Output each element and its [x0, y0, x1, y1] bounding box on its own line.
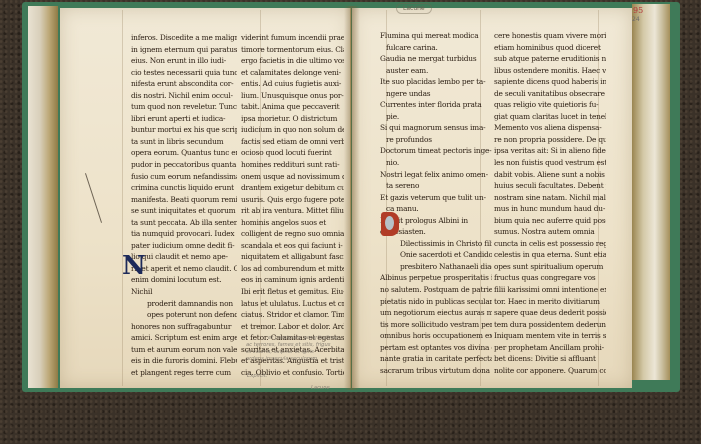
- text-line: viderint fumum incendii prae: [241, 32, 344, 44]
- text-line: crimina cunctis liquido erunt: [131, 182, 237, 194]
- text-line: entis. Ad cuius fugietis auxi-: [241, 78, 344, 90]
- right-page-edges: [632, 4, 670, 380]
- lacune-note: Lacune: [396, 3, 432, 14]
- text-line: pudor in peccatoribus quanta con-: [131, 159, 237, 171]
- pencil-note-2: ac terrores, fames et sitis, frigus: [246, 342, 330, 349]
- text-line: nante gratia in caritate perfecta: [380, 353, 492, 365]
- text-line: iudicium in quo non solum de: [241, 124, 344, 136]
- text-line: Si qui magnorum sensus ima-: [380, 122, 492, 134]
- text-line: rit ab ira ventura. Mittet filius: [241, 205, 344, 217]
- text-line: ta sunt in libris secundum: [131, 136, 237, 148]
- text-line: ergo facietis in die ultimo vos: [241, 55, 344, 67]
- text-line: tia numquid provocari. Iudex: [131, 228, 237, 240]
- text-line: tem dura possidentem dederunt: [494, 319, 606, 331]
- text-line: drantem exigetur debitum cum: [241, 182, 344, 194]
- text-line: eos in caminum ignis ardentis.: [241, 274, 344, 286]
- text-line: bium quia nec auferre quid pos-: [494, 215, 606, 227]
- text-line: honores non suffragabuntur: [131, 321, 237, 333]
- text-line: auster eam.: [380, 65, 492, 77]
- text-line: giat quam claritas lucet in tenebris: [494, 111, 606, 123]
- text-line: cio testes necessarii quia tunc ma-: [131, 67, 237, 79]
- right-page-column-1: Flumina qui mereat modicafulcare carina.…: [380, 30, 492, 376]
- text-line: opes poterunt non defendent: [131, 309, 237, 321]
- text-line: opes sunt spiritualium operum: [494, 261, 606, 273]
- text-line: re non propria possidere. De quibus: [494, 134, 606, 146]
- text-line: Nichil: [131, 286, 237, 298]
- text-line: ta sunt peccata. Ab illa senten-: [131, 217, 237, 229]
- text-line: ipsa morietur. O districtum: [241, 113, 344, 125]
- text-line: ocioso quod locuti fuerint: [241, 147, 344, 159]
- text-line: nio.: [380, 157, 492, 169]
- text-line: et calamitates delonge veni-: [241, 67, 344, 79]
- text-line: fructus quas congregare vos: [494, 272, 606, 284]
- text-line: nifesta erunt abscondita cor-: [131, 78, 237, 90]
- blue-initial-n: N: [122, 254, 140, 278]
- text-line: tabit. Anima que peccaverit: [241, 101, 344, 113]
- book-gutter: [344, 6, 360, 390]
- text-line: sub atque paterne eruditionis nobi-: [494, 53, 606, 65]
- text-line: lio qui claudit et nemo ape-: [131, 251, 237, 263]
- text-line: rit et aperit et nemo claudit. Os: [131, 263, 237, 275]
- text-line: et plangent reges terre cum: [131, 367, 237, 379]
- text-line: no salutem. Postquam de patrie: [380, 284, 492, 296]
- text-line: niquitatem et alligabunt fascicu-: [241, 251, 344, 263]
- text-line: Gaudia ne mergat turbidus: [380, 53, 492, 65]
- text-line: proderit damnandis non: [131, 298, 237, 310]
- text-line: nostram sine natam. Nichil mali: [494, 192, 606, 204]
- left-page-column-2: viderint fumum incendii praetimore torme…: [241, 32, 344, 378]
- text-line: quas religio vite quietioris fu-: [494, 99, 606, 111]
- text-line: libri erunt aperti et iudica-: [131, 113, 237, 125]
- text-line: libus ostendere monitis. Haec velim: [494, 65, 606, 77]
- right-page-column-2: cere honestis quam vivere moribusetiam h…: [494, 30, 606, 376]
- text-line: per prophetam Ancillam prohi-: [494, 342, 606, 354]
- text-line: usuris. Quis ergo fugere pote-: [241, 194, 344, 206]
- text-line: Flumina qui mereat modica: [380, 30, 492, 42]
- text-line: manifesta. Beati quorum remis-: [131, 194, 237, 206]
- text-line: buntur mortui ex his que scrip-: [131, 124, 237, 136]
- text-line: latus et ululatus. Luctus et cru-: [241, 298, 344, 310]
- text-line: sapere quae deus dederit possiden-: [494, 307, 606, 319]
- left-page-column-1: inferos. Discedite a me maligniin ignem …: [131, 32, 237, 378]
- text-line: Et gazis veterum que tulit un-: [380, 192, 492, 204]
- text-line: Ibi erit fletus et gemitus. Eiu-: [241, 286, 344, 298]
- text-line: Nostri legat felix animo omen-: [380, 169, 492, 181]
- text-line: fulcare carina.: [380, 42, 492, 54]
- text-line: presbitero Nathanaeli diacono: [380, 261, 492, 273]
- text-line: eis in die furoris domini. Flebunt: [131, 355, 237, 367]
- text-line: inferos. Discedite a me maligni: [131, 32, 237, 44]
- text-line: sacrarum tribus virtutum dona prae-: [380, 365, 492, 377]
- text-line: timore tormentorum eius. Clamabunt: [241, 44, 344, 56]
- text-line: dabit vobis. Aliene sunt a nobis: [494, 169, 606, 181]
- decorated-initial-d: [381, 212, 399, 236]
- text-line: sumus. Nostra autem omnia: [494, 226, 606, 238]
- text-line: colligent de regno suo omnia: [241, 228, 344, 240]
- text-line: ipsa veritas ait: Si in alieno fide-: [494, 145, 606, 157]
- text-line: huius seculi facultates. Debent pro: [494, 180, 606, 192]
- text-line: cuncta in celis est possessio regni: [494, 238, 606, 250]
- text-line: Dilectissimis in Christo filiis: [380, 238, 492, 250]
- text-line: tor. Haec in merito divitiarum: [494, 296, 606, 308]
- text-line: enim domini locutum est.: [131, 274, 237, 286]
- pencil-note-explicit: Explicit.: [247, 373, 268, 380]
- pencil-note-lacune: Lacune: [311, 385, 330, 392]
- text-line: ngere undas: [380, 88, 492, 100]
- text-line: factis sed etiam de omni verbo: [241, 136, 344, 148]
- ruling-line: [122, 10, 123, 386]
- text-line: les non fuistis quod vestrum est quis: [494, 157, 606, 169]
- text-line: ta sereno: [380, 180, 492, 192]
- text-line: scandala et eos qui faciunt i-: [241, 240, 344, 252]
- text-line: dis nostri. Nichil enim occul-: [131, 90, 237, 102]
- text-line: omnibus horis occupationem ex-: [380, 330, 492, 342]
- text-line: Ite suo placidas lembo per ta-: [380, 76, 492, 88]
- text-line: se sunt iniquitates et quorum tec-: [131, 205, 237, 217]
- text-line: Currentes inter florida prata: [380, 99, 492, 111]
- text-line: et tremor. Labor et dolor. Ardor: [241, 321, 344, 333]
- text-line: tum quod non reveletur. Tunc: [131, 101, 237, 113]
- text-line: filii karissimi omni intentione exhor-: [494, 284, 606, 296]
- text-line: cere honestis quam vivere moribus: [494, 30, 606, 42]
- text-line: ca manu.: [380, 203, 492, 215]
- text-line: Onie sacerdoti et Candido: [380, 249, 492, 261]
- text-line: homines reddituri sunt rati-: [241, 159, 344, 171]
- text-line: etiam hominibus quod diceret: [494, 42, 606, 54]
- text-line: hominis angelos suos et: [241, 217, 344, 229]
- text-line: nolite cor apponere. Quarum copia: [494, 365, 606, 377]
- text-line: los ad comburendum et mittent: [241, 263, 344, 275]
- text-line: sapiente dicens quod haberis in ea: [494, 76, 606, 88]
- text-line: onem usque ad novissimum qua-: [241, 171, 344, 183]
- text-line: de seculi vanitatibus obsecrare me: [494, 88, 606, 100]
- pencil-note-3: et cauma, sulphur et ignis: [246, 349, 314, 356]
- text-line: pie.: [380, 111, 492, 123]
- folio-number-secondary: 24: [632, 16, 640, 23]
- folio-number: 95: [633, 6, 643, 15]
- text-line: tum et aurum eorum non valebit: [131, 344, 237, 356]
- text-line: tis more sollicitudo vestram pene: [380, 319, 492, 331]
- text-line: mus in hunc mundum haud du-: [494, 203, 606, 215]
- text-line: pertam est optantes vos divina do-: [380, 342, 492, 354]
- pencil-note-4: ardens in secula seculorum: [246, 356, 317, 363]
- text-line: celestis in qua eterna. Sunt etiam: [494, 249, 606, 261]
- text-line: in ignem eternum qui paratus est diabolo…: [131, 44, 237, 56]
- text-line: amici. Scriptum est enim argen-: [131, 332, 237, 344]
- text-line: Iniquam mentem vite in terris sibi: [494, 330, 606, 342]
- text-line: bet dicens: Divitie si affluant: [494, 353, 606, 365]
- text-line: re profundos: [380, 134, 492, 146]
- text-line: ciatus. Stridor et clamor. Timor: [241, 309, 344, 321]
- text-line: pater iudicium omne dedit fi-: [131, 240, 237, 252]
- text-line: pietatis nido in publicas seculari-: [380, 296, 492, 308]
- text-line: Doctorum timeat pectoris inge-: [380, 145, 492, 157]
- pencil-note-1: et passiones, amaritudines: [268, 335, 338, 342]
- text-line: um negotiorum eiectus auras men-: [380, 307, 492, 319]
- left-page-edges: [28, 6, 58, 388]
- text-line: opera eorum. Quantus tunc erit: [131, 147, 237, 159]
- text-line: Memento vos aliena dispensa-: [494, 122, 606, 134]
- text-line: Albinus perpetue prosperitatis in domi-: [380, 272, 492, 284]
- text-line: eius. Non erunt in illo iudi-: [131, 55, 237, 67]
- text-line: lium. Unusquisque onus por-: [241, 90, 344, 102]
- text-line: fusio cum eorum nefandissima: [131, 171, 237, 183]
